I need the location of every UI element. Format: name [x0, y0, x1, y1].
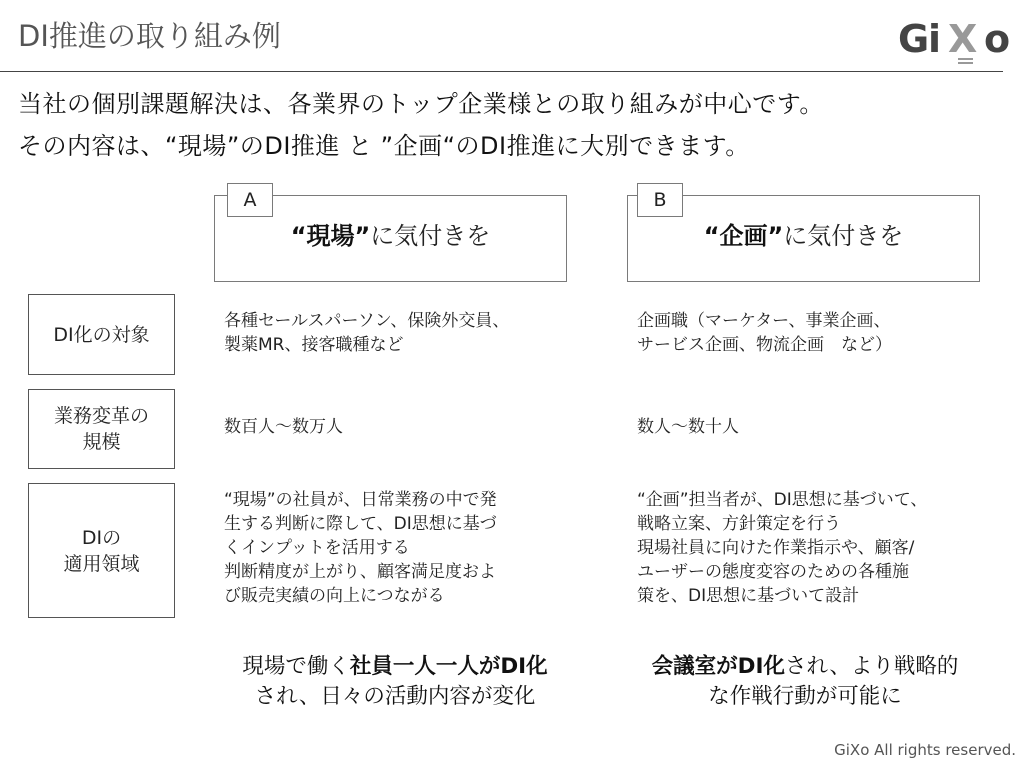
column-a-area-line: “現場”の社員が、日常業務の中で発 — [224, 488, 497, 512]
row-label-target: DI化の対象 — [28, 294, 175, 375]
gixo-logo-icon: G i X o — [898, 16, 1018, 68]
column-a-area-line: び販売実績の向上につながる — [224, 584, 497, 608]
copyright-footer: GiXo All rights reserved. — [834, 741, 1016, 759]
column-a-area-line: くインプットを活用する — [224, 536, 497, 560]
svg-text:G: G — [898, 17, 929, 61]
column-b-area-line: 現場社員に向けた作業指示や、顧客/ — [637, 536, 927, 560]
column-a-target-line2: 製薬MR、接客職種など — [224, 333, 509, 357]
row-label-scale-line1: 業務変革の — [54, 403, 149, 429]
column-a-area: “現場”の社員が、日常業務の中で発 生する判断に際して、DI思想に基づ くインプ… — [224, 488, 497, 608]
column-b-target-line2: サービス企画、物流企画 など） — [637, 333, 892, 357]
column-a-area-line: 判断精度が上がり、顧客満足度およ — [224, 560, 497, 584]
column-b-area-line: 戦略立案、方針策定を行う — [637, 512, 927, 536]
column-b-heading-rest: に気付きを — [783, 222, 903, 250]
column-b-heading-bold: “企画” — [704, 222, 784, 250]
column-a-heading-rest: に気付きを — [370, 222, 490, 250]
intro-line-1: 当社の個別課題解決は、各業界のトップ企業様との取り組みが中心です。 — [18, 84, 824, 119]
row-label-target-text: DI化の対象 — [53, 322, 149, 348]
row-label-area: DIの 適用領域 — [28, 483, 175, 618]
column-a-scale: 数百人～数万人 — [224, 415, 343, 439]
column-a-target: 各種セールスパーソン、保険外交員、 製薬MR、接客職種など — [224, 309, 509, 357]
row-label-scale: 業務変革の 規模 — [28, 389, 175, 469]
column-a-area-line: 生する判断に際して、DI思想に基づ — [224, 512, 497, 536]
column-b-target-line1: 企画職（マーケター、事業企画、 — [637, 309, 892, 333]
column-b-summary-line2: な作戦行動が可能に — [600, 682, 1010, 712]
column-b-summary-bold: 会議室がDI化 — [652, 654, 785, 679]
column-b-area: “企画”担当者が、DI思想に基づいて、 戦略立案、方針策定を行う 現場社員に向け… — [637, 488, 927, 608]
svg-text:o: o — [984, 17, 1010, 61]
gixo-logo: G i X o — [898, 16, 1018, 68]
column-b-area-line: ユーザーの態度変容のための各種施 — [637, 560, 927, 584]
title-divider — [0, 71, 1003, 72]
row-label-area-line1: DIの — [63, 525, 139, 551]
page-title: DI推進の取り組み例 — [18, 14, 281, 55]
column-b-area-line: “企画”担当者が、DI思想に基づいて、 — [637, 488, 927, 512]
svg-text:X: X — [948, 17, 977, 61]
column-a-summary-line2: され、日々の活動内容が変化 — [190, 682, 600, 712]
column-b-target: 企画職（マーケター、事業企画、 サービス企画、物流企画 など） — [637, 309, 892, 357]
row-label-area-line2: 適用領域 — [63, 551, 139, 577]
column-a-summary-bold: 社員一人一人がDI化 — [350, 654, 548, 679]
column-b-area-line: 策を、DI思想に基づいて設計 — [637, 584, 927, 608]
svg-text:i: i — [928, 17, 941, 61]
column-a-tag: A — [227, 183, 273, 217]
column-b-scale: 数人～数十人 — [637, 415, 739, 439]
row-label-scale-line2: 規模 — [54, 429, 149, 455]
column-b-tag: B — [637, 183, 683, 217]
column-a-summary-pre: 現場で働く — [242, 654, 350, 679]
column-a-target-line1: 各種セールスパーソン、保険外交員、 — [224, 309, 509, 333]
column-a-summary: 現場で働く社員一人一人がDI化 され、日々の活動内容が変化 — [190, 652, 600, 712]
intro-line-2: その内容は、“現場”のDI推進 と ”企画“のDI推進に大別できます。 — [18, 126, 750, 161]
column-a-heading-bold: “現場” — [291, 222, 371, 250]
column-b-summary-post: され、より戦略的 — [785, 654, 958, 679]
column-b-summary: 会議室がDI化され、より戦略的 な作戦行動が可能に — [600, 652, 1010, 712]
